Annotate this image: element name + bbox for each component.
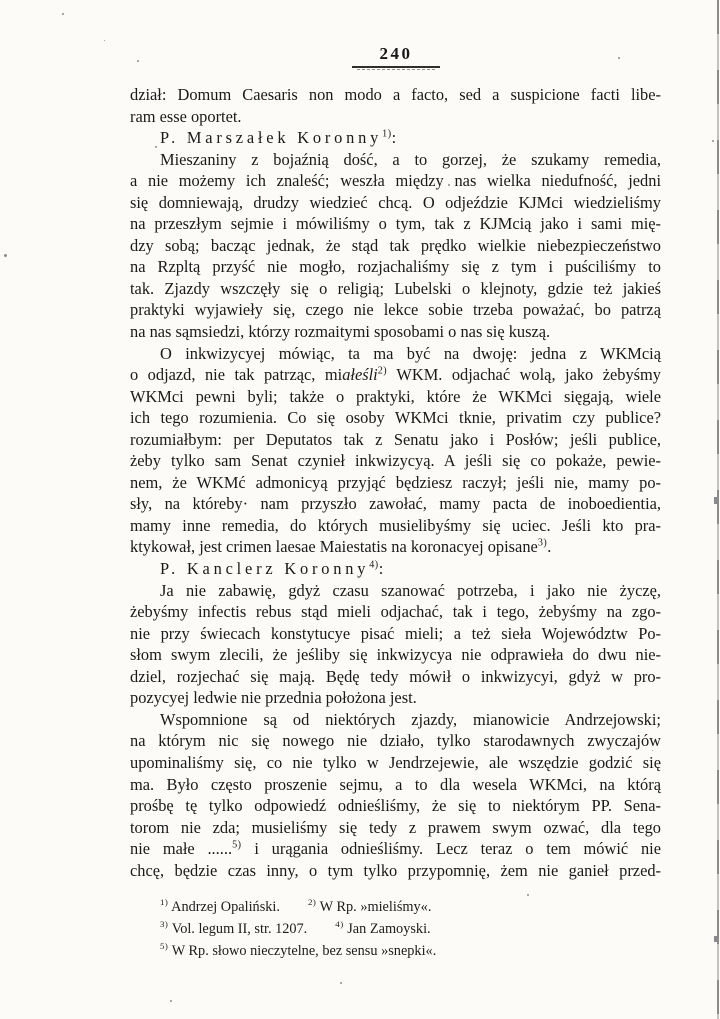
page-number-rule xyxy=(352,66,440,68)
text-line: pozycyej ledwie nie przednia położona je… xyxy=(130,687,661,709)
scan-speck xyxy=(527,894,529,896)
footnote-marker: 2) xyxy=(378,366,387,377)
text-line: ich tego rozumienia. Co się osoby WKMci … xyxy=(130,407,661,429)
scan-edge-line xyxy=(717,0,719,1019)
speaker-heading: P. Kanclerz Koronny4): xyxy=(130,558,661,580)
text-line: sły, na któreby· nam przyszło zawołać, m… xyxy=(130,493,661,515)
text-line: O inkwizycyej mówiąc, ta ma być na dwoję… xyxy=(130,343,661,365)
text-line: na Rzpltą przyść nie mogło, rozjachaliśm… xyxy=(130,256,661,278)
scan-speck xyxy=(137,60,139,62)
text-line: rozumiałbym: per Deputatos tak z Senatu … xyxy=(130,429,661,451)
footnote-line: 1) Andrzej Opaliński.2) W Rp. »mieliśmy«… xyxy=(160,896,640,918)
text-line: nie przy świecach konstytucye pisać miel… xyxy=(130,623,661,645)
body-text: dział: Domum Caesaris non modo a facto, … xyxy=(130,84,661,881)
text-line: upominaliśmy się, co nie tylko w Jendrze… xyxy=(130,752,661,774)
text-line: Wspomnione są od niektórych zjazdy, mian… xyxy=(130,709,661,731)
text-line: na którym nic się nowego nie działo, tyl… xyxy=(130,730,661,752)
text-line: o odjazd, nie tak patrząc, miałeśli2) WK… xyxy=(130,364,661,386)
footnote-line: 3) Vol. legum II, str. 1207.4) Jan Zamoy… xyxy=(160,918,640,940)
page-number: 240 xyxy=(380,44,413,64)
text-line: WKMci pewni byli; także o praktyki, któr… xyxy=(130,386,661,408)
text-line: żeby tylko sam Senat czynieł inkwizycyą.… xyxy=(130,450,661,472)
text-line: dzy sobą; bacząc jednak, że stąd tak prę… xyxy=(130,235,661,257)
scan-speck xyxy=(4,254,7,257)
text-line: nie małe ......5) i urągania odnieśliśmy… xyxy=(130,838,661,860)
text-line: ma. Było często proszenie sejmu, a to dl… xyxy=(130,774,661,796)
text-line: się domniewają, drudzy wiedzieć chcą. O … xyxy=(130,192,661,214)
text-line: mamy inne remedia, do których musielibyś… xyxy=(130,515,661,537)
text-line: na przeszłym sejmie i mówiliśmy o tym, t… xyxy=(130,213,661,235)
scan-edge-tick xyxy=(714,497,718,504)
scan-edge-tick xyxy=(714,936,718,942)
footnote-marker: 5) xyxy=(232,840,241,851)
scan-speck xyxy=(448,184,450,186)
text-line: ktykował, jest crimen laesae Maiestatis … xyxy=(130,536,661,558)
text-line: prośbę tę tylko odpowiedź odnieśliśmy, ż… xyxy=(130,795,661,817)
book-page-scan: 240 dział: Domum Caesaris non modo a fac… xyxy=(0,0,720,1019)
text-line: na nas sąmsiedzi, którzy rozmaitymi spos… xyxy=(130,321,661,343)
scan-speck xyxy=(712,140,714,142)
footnote-line: 5) W Rp. słowo nieczytelne, bez sensu »s… xyxy=(160,940,640,962)
footnotes: 1) Andrzej Opaliński.2) W Rp. »mieliśmy«… xyxy=(160,896,640,962)
scan-speck xyxy=(62,13,64,15)
text-line: torom nie zda; musieliśmy się tedy z pra… xyxy=(130,817,661,839)
footnote-marker: 4) xyxy=(335,919,343,929)
text-line: Ja nie zabawię, gdyż czasu szanować potr… xyxy=(130,580,661,602)
text-line: nem, że WKMć admonicyą przyjąć będziesz … xyxy=(130,472,661,494)
scan-speck xyxy=(104,40,105,41)
text-line: praktyki wyjawieły się, czego nie lekce … xyxy=(130,299,661,321)
text-line: dział: Domum Caesaris non modo a facto, … xyxy=(130,84,661,106)
text-line: dziel, rozjechać się mają. Będę tedy mów… xyxy=(130,666,661,688)
text-line: chcę, będzie czas inny, o tym tylko przy… xyxy=(130,860,661,882)
text-line: Mieszaniny z bojaźnią dość, a to gorzej,… xyxy=(130,149,661,171)
scan-speck xyxy=(155,146,157,148)
speaker-heading: P. Marszałek Koronny1): xyxy=(130,127,661,149)
text-line: żebyśmy infectis rebus stąd mieli odjach… xyxy=(130,601,661,623)
text-line: słom swym zlecili, że jeśliby się inkwiz… xyxy=(130,644,661,666)
page-number-rule-dashed xyxy=(357,69,435,70)
page-header: 240 xyxy=(130,44,662,70)
text-line: a nie możemy ich znaleść; weszła między … xyxy=(130,170,661,192)
scan-speck xyxy=(170,1000,172,1002)
text-line: ram esse oportet. xyxy=(130,106,661,128)
footnote-marker: 4) xyxy=(369,560,378,571)
footnote-marker: 3) xyxy=(538,538,547,549)
scan-speck xyxy=(618,57,620,59)
footnote-marker: 1) xyxy=(382,129,391,140)
scan-speck xyxy=(340,982,342,984)
scan-speck xyxy=(652,750,653,751)
text-line: tak. Zjazdy wszczęły się o religią; Lube… xyxy=(130,278,661,300)
